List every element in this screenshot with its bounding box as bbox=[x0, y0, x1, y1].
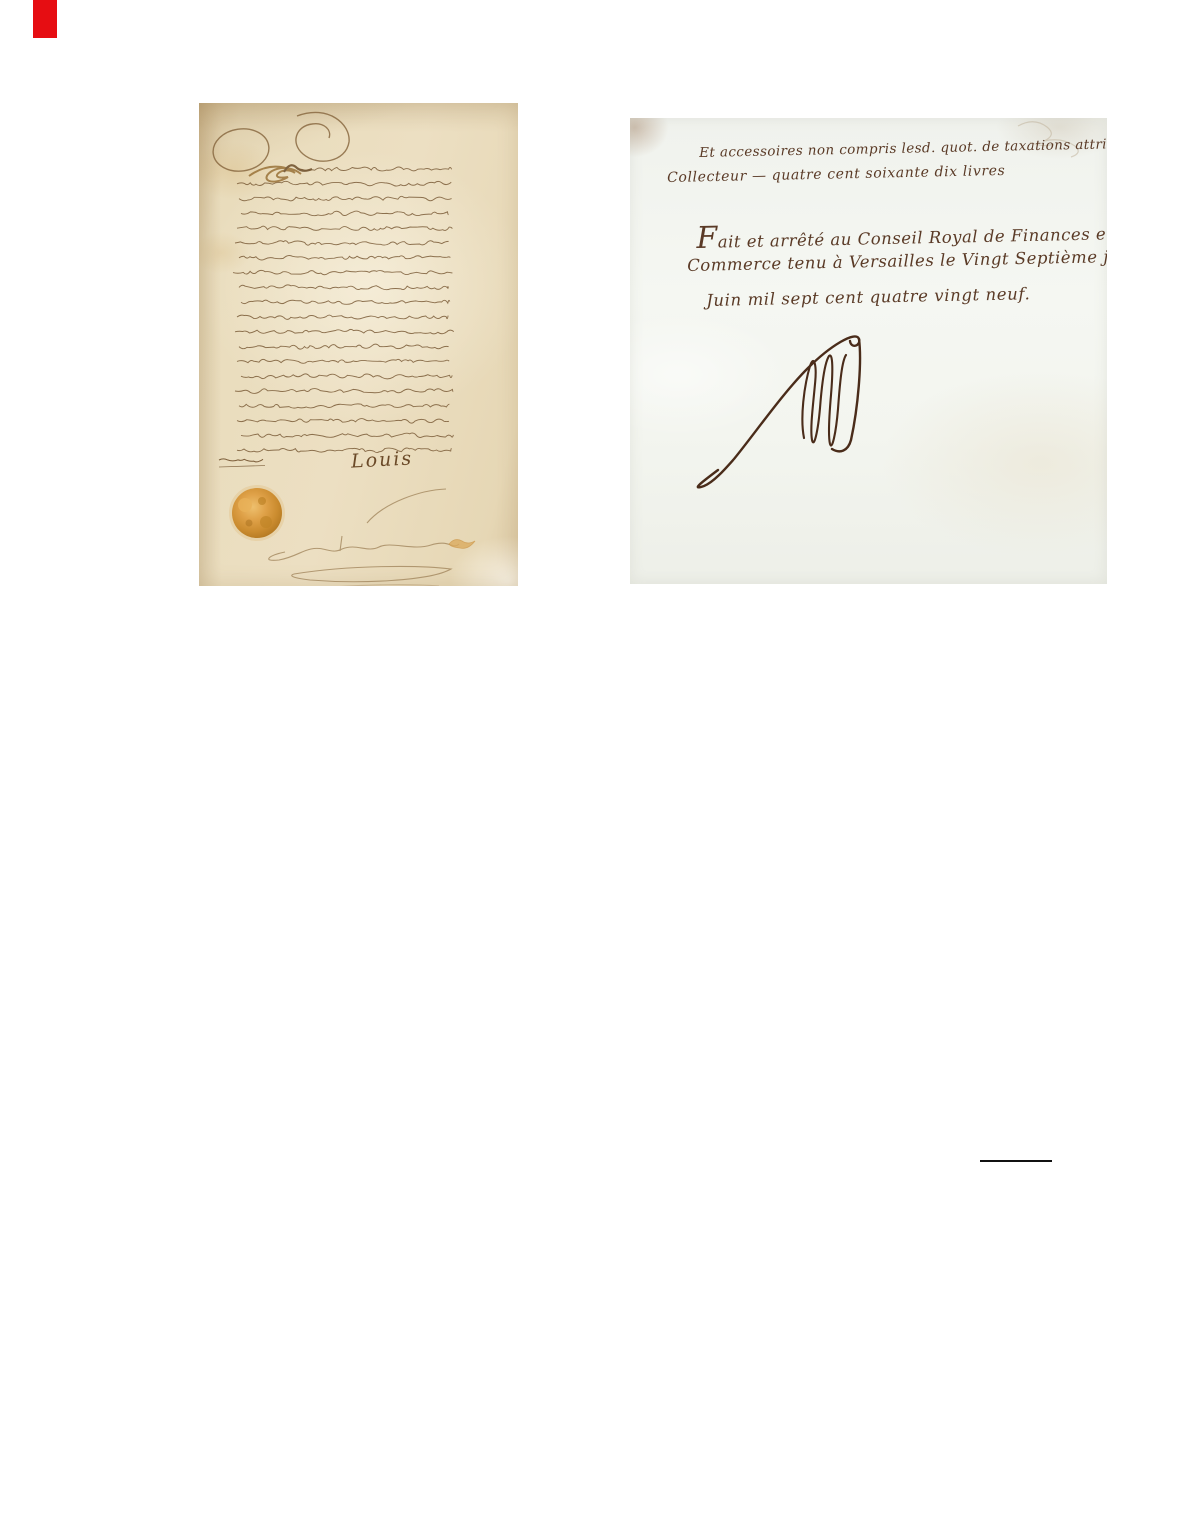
right-louis-signature-flourish bbox=[698, 336, 860, 487]
right-manuscript-photo: Et accessoires non compris lesd. quot. d… bbox=[630, 118, 1107, 584]
red-marker bbox=[33, 0, 57, 38]
wax-seal bbox=[229, 485, 285, 541]
left-manuscript-photo: Louis bbox=[199, 103, 518, 586]
date-line bbox=[219, 459, 265, 467]
countersignature-flourish bbox=[269, 489, 475, 586]
handwriting-lines bbox=[233, 167, 454, 453]
left-manuscript-drawing bbox=[199, 103, 518, 586]
left-louis-signature: Louis bbox=[350, 447, 413, 472]
right-manuscript-drawing bbox=[630, 118, 1107, 584]
flourish-ornament bbox=[210, 112, 349, 181]
divider-line bbox=[980, 1160, 1052, 1162]
